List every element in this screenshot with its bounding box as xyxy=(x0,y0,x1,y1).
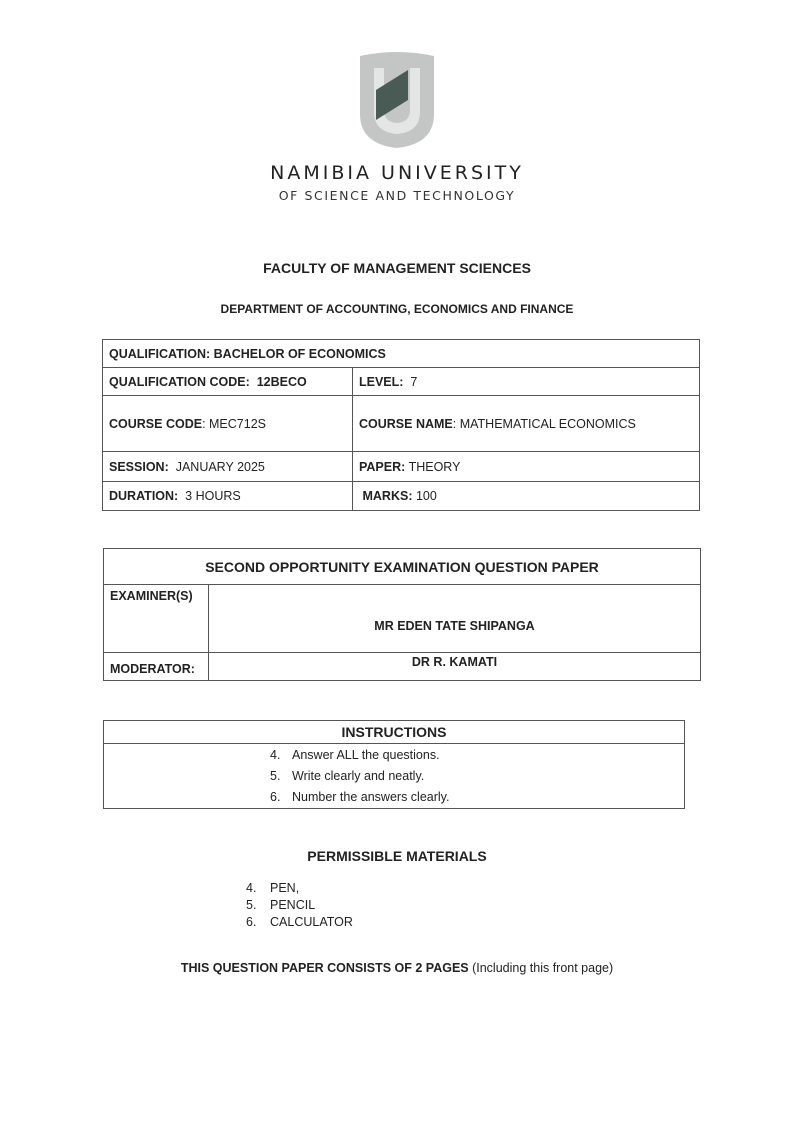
page-count-bold: THIS QUESTION PAPER CONSISTS OF 2 PAGES xyxy=(181,961,469,975)
level-label: LEVEL: xyxy=(359,375,403,389)
course-code-label: COURSE CODE xyxy=(109,417,202,431)
course-details-table: QUALIFICATION: BACHELOR OF ECONOMICS QUA… xyxy=(102,339,700,511)
session-value: JANUARY 2025 xyxy=(176,460,265,474)
examiner-value: MR EDEN TATE SHIPANGA xyxy=(209,585,701,653)
qualification-code-value: 12BECO xyxy=(257,375,307,389)
qualification-label: QUALIFICATION: xyxy=(109,347,210,361)
qualification-row: QUALIFICATION: BACHELOR OF ECONOMICS xyxy=(103,340,700,368)
marks-label: MARKS: xyxy=(362,489,412,503)
qualification-value: BACHELOR OF ECONOMICS xyxy=(214,347,386,361)
instruction-item: 6.Number the answers clearly. xyxy=(270,787,684,808)
paper-label: PAPER: xyxy=(359,460,405,474)
moderator-row: MODERATOR: DR R. KAMATI xyxy=(104,653,701,681)
nust-shield-logo-icon xyxy=(352,52,442,152)
page-count-note: THIS QUESTION PAPER CONSISTS OF 2 PAGES … xyxy=(0,961,794,975)
session-label: SESSION: xyxy=(109,460,169,474)
level-value: 7 xyxy=(410,375,417,389)
department-heading: DEPARTMENT OF ACCOUNTING, ECONOMICS AND … xyxy=(0,302,794,316)
university-logo xyxy=(352,52,442,152)
university-subtitle: OF SCIENCE AND TECHNOLOGY xyxy=(0,188,794,203)
material-item: 4.PEN, xyxy=(246,880,353,897)
duration-label: DURATION: xyxy=(109,489,178,503)
session-row: SESSION: JANUARY 2025 PAPER: THEORY xyxy=(103,452,700,482)
university-name: NAMIBIA UNIVERSITY xyxy=(0,162,794,184)
code-level-row: QUALIFICATION CODE: 12BECO LEVEL: 7 xyxy=(103,368,700,396)
instructions-table: INSTRUCTIONS 4.Answer ALL the questions.… xyxy=(103,720,685,809)
moderator-label: MODERATOR: xyxy=(104,653,209,681)
paper-value: THEORY xyxy=(409,460,461,474)
examiner-label: EXAMINER(S) xyxy=(104,585,209,653)
materials-list: 4.PEN, 5.PENCIL 6.CALCULATOR xyxy=(246,880,353,931)
course-code-value: : MEC712S xyxy=(202,417,266,431)
examiner-table: SECOND OPPORTUNITY EXAMINATION QUESTION … xyxy=(103,548,701,681)
course-name-value: : MATHEMATICAL ECONOMICS xyxy=(453,417,636,431)
exam-title: SECOND OPPORTUNITY EXAMINATION QUESTION … xyxy=(104,549,701,585)
moderator-value: DR R. KAMATI xyxy=(209,653,701,681)
duration-row: DURATION: 3 HOURS MARKS: 100 xyxy=(103,482,700,511)
material-item: 6.CALCULATOR xyxy=(246,914,353,931)
marks-value: 100 xyxy=(416,489,437,503)
examiner-row: EXAMINER(S) MR EDEN TATE SHIPANGA xyxy=(104,585,701,653)
course-row: COURSE CODE: MEC712S COURSE NAME: MATHEM… xyxy=(103,396,700,452)
course-name-label: COURSE NAME xyxy=(359,417,453,431)
material-item: 5.PENCIL xyxy=(246,897,353,914)
page-count-normal: (Including this front page) xyxy=(469,961,614,975)
materials-title: PERMISSIBLE MATERIALS xyxy=(0,848,794,864)
duration-value: 3 HOURS xyxy=(185,489,241,503)
instruction-item: 5.Write clearly and neatly. xyxy=(270,766,684,787)
qualification-code-label: QUALIFICATION CODE: xyxy=(109,375,250,389)
faculty-heading: FACULTY OF MANAGEMENT SCIENCES xyxy=(0,260,794,276)
instruction-item: 4.Answer ALL the questions. xyxy=(270,745,684,766)
instructions-list: 4.Answer ALL the questions. 5.Write clea… xyxy=(104,745,684,808)
instructions-title: INSTRUCTIONS xyxy=(104,721,685,744)
